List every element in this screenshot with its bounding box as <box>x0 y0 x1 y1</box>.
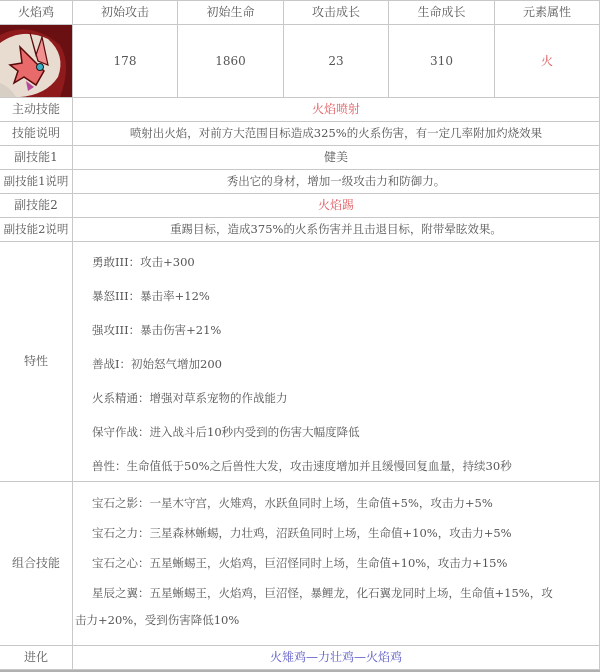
initial-hp-value: 1860 <box>178 25 284 98</box>
evolution-chain-link[interactable]: 火雉鸡—力壮鸡—火焰鸡 <box>270 650 402 664</box>
header-label: 元素属性 <box>523 5 571 19</box>
row-label: 副技能2 <box>14 198 58 212</box>
hp-growth-value: 310 <box>389 25 495 98</box>
header-label: 初始攻击 <box>101 5 149 19</box>
sub-skill-2-desc-label: 副技能2说明 <box>0 218 73 242</box>
header-label: 初始生命 <box>206 5 254 19</box>
stat-value: 23 <box>328 54 343 68</box>
skill-desc-value: 喷射出火焰，对前方大范围目标造成325%的火系伤害，有一定几率附加灼烧效果 <box>73 122 600 146</box>
row-label: 特性 <box>24 354 48 368</box>
skill-name: 火焰喷射 <box>312 102 360 116</box>
row-label: 技能说明 <box>12 126 60 140</box>
trait-item: 暴怒III：暴击率+12% <box>73 279 210 313</box>
row-label: 进化 <box>24 650 48 664</box>
sub-skill-1-desc-label: 副技能1说明 <box>0 170 73 194</box>
row-label: 主动技能 <box>12 102 60 116</box>
stat-value: 310 <box>430 54 453 68</box>
element-text: 火 <box>541 54 553 68</box>
pet-info-table: 火焰鸡 初始攻击 初始生命 攻击成长 生命成长 元素属性 178 1860 23 <box>0 0 600 672</box>
trait-item: 强攻III：暴击伤害+21% <box>73 313 221 347</box>
trait-item: 火系精通：增强对草系宠物的作战能力 <box>73 381 288 415</box>
combos-list: 宝石之影：一星木守宫，火雉鸡，水跃鱼同时上场，生命值+5%，攻击力+5% 宝石之… <box>73 482 600 646</box>
skill-name: 健美 <box>324 150 348 164</box>
active-skill-value: 火焰喷射 <box>73 98 600 122</box>
sub-skill-1-value: 健美 <box>73 146 600 170</box>
trait-item: 善战I：初始怒气增加200 <box>73 347 222 381</box>
attack-growth-value: 23 <box>284 25 389 98</box>
sub-skill-1-desc-value: 秀出它的身材，增加一级攻击力和防御力。 <box>73 170 600 194</box>
skill-desc-text: 重踢目标，造成375%的火系伤害并且击退目标，附带晕眩效果。 <box>170 223 502 237</box>
sub-skill-2-desc-value: 重踢目标，造成375%的火系伤害并且击退目标，附带晕眩效果。 <box>73 218 600 242</box>
header-label: 攻击成长 <box>312 5 360 19</box>
combo-item: 宝石之影：一星木守宫，火雉鸡，水跃鱼同时上场，生命值+5%，攻击力+5% <box>73 488 493 518</box>
combo-item-line2: 击力+20%，受到伤害降低10% <box>73 608 239 632</box>
combo-item-line1: 星辰之翼：五星蜥蜴王，火焰鸡，巨沼怪，暴鲤龙，化石翼龙同时上场，生命值+15%，… <box>73 578 553 608</box>
header-initial-hp: 初始生命 <box>178 0 284 25</box>
header-element: 元素属性 <box>495 0 600 25</box>
active-skill-label: 主动技能 <box>0 98 73 122</box>
combos-label: 组合技能 <box>0 482 73 646</box>
sub-skill-1-label: 副技能1 <box>0 146 73 170</box>
sub-skill-2-label: 副技能2 <box>0 194 73 218</box>
element-value: 火 <box>495 25 600 98</box>
header-attack-growth: 攻击成长 <box>284 0 389 25</box>
initial-attack-value: 178 <box>73 25 178 98</box>
skill-name: 火焰踢 <box>318 198 354 212</box>
combo-item: 宝石之力：三星森林蜥蜴，力壮鸡，沼跃鱼同时上场，生命值+10%，攻击力+5% <box>73 518 512 548</box>
trait-item: 保守作战：进入战斗后10秒内受到的伤害大幅度降低 <box>73 415 360 449</box>
skill-desc-label: 技能说明 <box>0 122 73 146</box>
combo-item: 宝石之心：五星蜥蜴王，火焰鸡，巨沼怪同时上场，生命值+10%，攻击力+15% <box>73 548 507 578</box>
row-label: 副技能1说明 <box>4 175 69 189</box>
pet-portrait <box>0 25 73 98</box>
trait-item: 兽性：生命值低于50%之后兽性大发，攻击速度增加并且缓慢回复血量，持续30秒 <box>73 449 512 483</box>
traits-label: 特性 <box>0 242 73 482</box>
stat-value: 178 <box>114 54 137 68</box>
row-label: 副技能2说明 <box>4 223 69 237</box>
skill-desc-text: 秀出它的身材，增加一级攻击力和防御力。 <box>227 175 446 189</box>
stat-value: 1860 <box>215 54 246 68</box>
traits-list: 勇敢III：攻击+300 暴怒III：暴击率+12% 强攻III：暴击伤害+21… <box>73 242 600 482</box>
trait-item: 勇敢III：攻击+300 <box>73 245 195 279</box>
header-hp-growth: 生命成长 <box>389 0 495 25</box>
header-initial-attack: 初始攻击 <box>73 0 178 25</box>
fire-chicken-portrait-icon <box>0 25 72 97</box>
pet-name: 火焰鸡 <box>18 5 54 19</box>
evolution-value[interactable]: 火雉鸡—力壮鸡—火焰鸡 <box>73 646 600 670</box>
sub-skill-2-value: 火焰踢 <box>73 194 600 218</box>
row-label: 副技能1 <box>14 150 58 164</box>
row-label: 组合技能 <box>12 556 60 570</box>
header-label: 生命成长 <box>417 5 465 19</box>
pet-name-cell: 火焰鸡 <box>0 0 73 25</box>
evolution-label: 进化 <box>0 646 73 670</box>
skill-desc-text: 喷射出火焰，对前方大范围目标造成325%的火系伤害，有一定几率附加灼烧效果 <box>130 127 542 141</box>
